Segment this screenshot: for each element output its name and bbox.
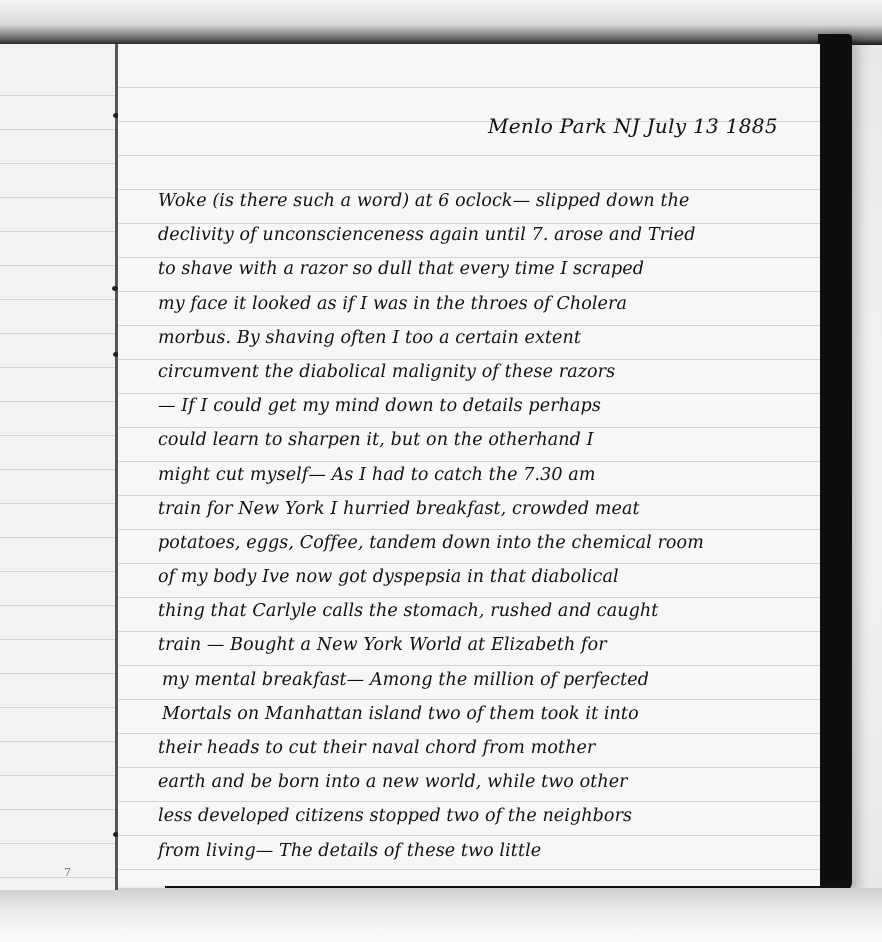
entry-line: train — Bought a New York World at Eliza… [158,628,808,662]
entry-line: of my body Ive now got dyspepsia in that… [158,560,808,594]
entry-line: thing that Carlyle calls the stomach, ru… [158,594,808,628]
entry-line: from living— The details of these two li… [158,834,808,868]
entry-line: might cut myself— As I had to catch the … [158,458,808,492]
entry-line: Mortals on Manhattan island two of them … [158,697,808,731]
entry-line: declivity of unconscienceness again unti… [158,218,808,252]
entry-line: to shave with a razor so dull that every… [158,252,808,286]
entry-line: train for New York I hurried breakfast, … [158,492,808,526]
handwritten-entry: Woke (is there such a word) at 6 oclock—… [158,184,808,868]
entry-line: potatoes, eggs, Coffee, tandem down into… [158,526,808,560]
entry-line: my face it looked as if I was in the thr… [158,287,808,321]
entry-line: circumvent the diabolical malignity of t… [158,355,808,389]
right-page: Menlo Park NJ July 13 1885 Woke (is ther… [118,44,820,886]
entry-line: earth and be born into a new world, whil… [158,765,808,799]
entry-line: could learn to sharpen it, but on the ot… [158,423,808,457]
bottom-shadow [0,888,882,942]
entry-line: their heads to cut their naval chord fro… [158,731,808,765]
entry-line: less developed citizens stopped two of t… [158,799,808,833]
page-heading-place-date: Menlo Park NJ July 13 1885 [488,114,778,138]
entry-line: my mental breakfast— Among the million o… [158,663,808,697]
top-shadow [0,0,882,45]
left-page [0,44,118,890]
left-page-number: 7 [64,866,71,879]
entry-line: morbus. By shaving often I too a certain… [158,321,808,355]
notebook-cover-edge [818,34,852,892]
entry-line: — If I could get my mind down to details… [158,389,808,423]
entry-line: Woke (is there such a word) at 6 oclock—… [158,184,808,218]
